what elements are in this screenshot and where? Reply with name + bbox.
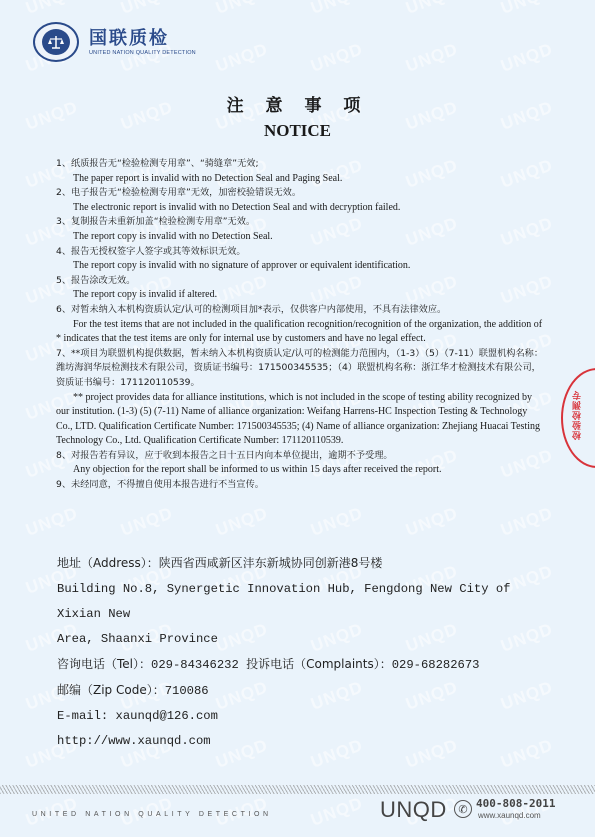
address-line: 地址（Address）：陕西省西咸新区沣东新城协同创新港8号楼	[57, 551, 557, 577]
page-title-cn: 注 意 事 项	[0, 91, 595, 116]
watermark-text: UNQD	[308, 503, 366, 540]
notice-en: ** project provides data for alliance in…	[56, 391, 546, 449]
zip-line: 邮编（Zip Code）：710086	[57, 678, 557, 704]
notice-en: Any objection for the report shall be in…	[56, 463, 546, 478]
watermark-text: UNQD	[118, 503, 176, 540]
website-link[interactable]: http://www.xaunqd.com	[57, 729, 557, 754]
notice-en: The report copy is invalid with no signa…	[56, 259, 546, 274]
notice-item-5: 5、报告涂改无效。 The report copy is invalid if …	[56, 274, 546, 303]
red-seal-stamp: 检验检测专	[561, 368, 595, 468]
watermark-text: UNQD	[213, 39, 271, 76]
watermark-text: UNQD	[118, 0, 176, 19]
watermark-text: UNQD	[498, 503, 556, 540]
notice-cn: 4、报告无授权签字人签字或其等效标识无效。	[56, 245, 546, 260]
notice-cn: 2、电子报告无“检验检测专用章”无效，加密校验错误无效。	[56, 186, 546, 201]
phone-icon: ✆	[454, 800, 472, 818]
notice-item-3: 3、复制报告未重新加盖“检验检测专用章”无效。 The report copy …	[56, 215, 546, 244]
notice-item-2: 2、电子报告无“检验检测专用章”无效，加密校验错误无效。 The electro…	[56, 186, 546, 215]
notice-item-4: 4、报告无授权签字人签字或其等效标识无效。 The report copy is…	[56, 245, 546, 274]
notice-item-1: 1、纸质报告无“检验检测专用章”、“骑缝章”无效; The paper repo…	[56, 157, 546, 186]
watermark-text: UNQD	[308, 793, 366, 830]
address-en-line-1: Building No.8, Synergetic Innovation Hub…	[57, 577, 557, 627]
seal-text: 检验检测专	[571, 390, 584, 440]
page-title-en: NOTICE	[0, 121, 595, 141]
tel-value: 029-84346232	[151, 658, 239, 672]
notice-cn: 6、对暂未纳入本机构资质认定/认可的检测项目加*表示，仅供客户内部使用，不具有法…	[56, 303, 546, 318]
notice-cn: 7、**项目为联盟机构提供数据，暂未纳入本机构资质认定/认可的检测能力范围内，（…	[56, 347, 546, 391]
notice-en: The report copy is invalid with no Detec…	[56, 230, 546, 245]
contact-info: 地址（Address）：陕西省西咸新区沣东新城协同创新港8号楼 Building…	[57, 551, 557, 754]
notice-en: The electronic report is invalid with no…	[56, 201, 546, 216]
footer-brand: UNQD	[380, 797, 447, 823]
notice-item-6: 6、对暂未纳入本机构资质认定/认可的检测项目加*表示，仅供客户内部使用，不具有法…	[56, 303, 546, 347]
address-cn: 陕西省西咸新区沣东新城协同创新港8号楼	[159, 556, 383, 570]
tel-label: 咨询电话（Tel）：	[57, 657, 151, 671]
watermark-text: UNQD	[308, 0, 366, 19]
notice-en: The report copy is invalid if altered.	[56, 288, 546, 303]
notice-list: 1、纸质报告无“检验检测专用章”、“骑缝章”无效; The paper repo…	[56, 157, 546, 493]
address-label: 地址（Address）：	[57, 556, 159, 570]
logo-cn-text: 国联质检	[89, 29, 196, 49]
notice-cn: 1、纸质报告无“检验检测专用章”、“骑缝章”无效;	[56, 157, 546, 172]
notice-cn: 3、复制报告未重新加盖“检验检测专用章”无效。	[56, 215, 546, 230]
notice-cn: 9、未经同意，不得擅自使用本报告进行不当宣传。	[56, 478, 546, 493]
watermark-text: UNQD	[403, 0, 461, 19]
address-en-line-2: Area, Shaanxi Province	[57, 627, 557, 652]
footer-hatch-divider	[0, 785, 595, 794]
watermark-text: UNQD	[23, 0, 81, 19]
email-line[interactable]: E-mail: xaunqd@126.com	[57, 704, 557, 729]
watermark-text: UNQD	[403, 503, 461, 540]
watermark-text: UNQD	[213, 0, 271, 19]
notice-item-8: 8、对报告若有异议，应于收到本报告之日十五日内向本单位提出，逾期不予受理。 An…	[56, 449, 546, 478]
footer-website: www.xaunqd.com	[478, 811, 541, 820]
zip-label: 邮编（Zip Code）：	[57, 683, 165, 697]
watermark-text: UNQD	[213, 503, 271, 540]
complaints-value: 029-68282673	[392, 658, 480, 672]
footer-phone: 400-808-2011	[476, 797, 555, 810]
phone-line: 咨询电话（Tel）：029-84346232 投诉电话（Complaints）：…	[57, 652, 557, 678]
zip-value: 710086	[165, 684, 209, 698]
notice-item-7: 7、**项目为联盟机构提供数据，暂未纳入本机构资质认定/认可的检测能力范围内，（…	[56, 347, 546, 449]
logo-en-text: UNITED NATION QUALITY DETECTION	[89, 50, 196, 56]
logo-emblem-icon	[33, 22, 79, 62]
notice-en: The paper report is invalid with no Dete…	[56, 172, 546, 187]
notice-en: For the test items that are not included…	[56, 318, 546, 347]
watermark-text: UNQD	[403, 39, 461, 76]
watermark-text: UNQD	[23, 503, 81, 540]
watermark-text: UNQD	[308, 39, 366, 76]
watermark-text: UNQD	[498, 0, 556, 19]
header-logo: 国联质检 UNITED NATION QUALITY DETECTION	[33, 22, 196, 62]
notice-cn: 8、对报告若有异议，应于收到本报告之日十五日内向本单位提出，逾期不予受理。	[56, 449, 546, 464]
complaints-label: 投诉电话（Complaints）：	[246, 657, 392, 671]
globe-icon	[42, 29, 70, 55]
notice-item-9: 9、未经同意，不得擅自使用本报告进行不当宣传。	[56, 478, 546, 493]
notice-cn: 5、报告涂改无效。	[56, 274, 546, 289]
watermark-text: UNQD	[498, 39, 556, 76]
footer-tagline: UNITED NATION QUALITY DETECTION	[32, 811, 272, 818]
